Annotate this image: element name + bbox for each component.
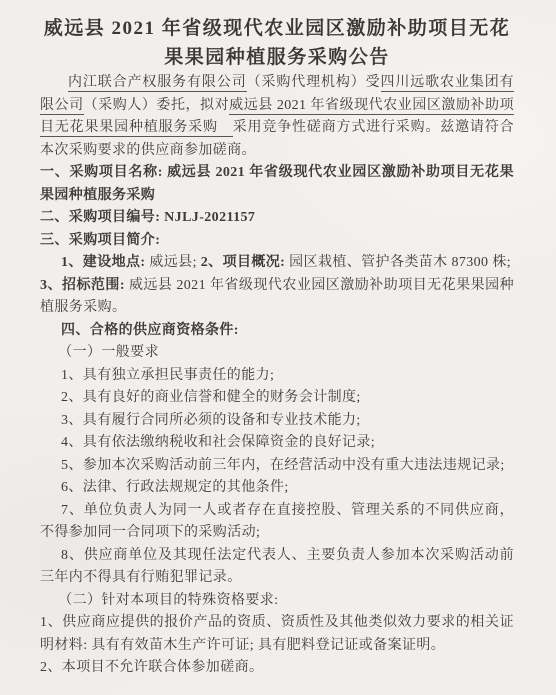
intro-paragraph: 内江联合产权服务有限公司（采购代理机构）受四川远歌农业集团有限公司（采购人）委托…: [40, 72, 514, 162]
general-requirement-item-6: 6、法律、行政法规规定的其他条件;: [40, 477, 514, 500]
title-line-1: 威远县 2021 年省级现代农业园区激励补助项目无花: [40, 14, 514, 43]
special-requirement-item-2: 2、本项目不允许联合体参加磋商。: [40, 657, 514, 680]
construction-site-value: 威远县;: [149, 255, 200, 270]
general-requirement-item-7: 7、单位负责人为同一人或者存在直接控股、管理关系的不同供应商，不得参加同一合同项…: [40, 500, 514, 545]
underline-gap: [218, 120, 233, 137]
section-3-overview-line: 1、建设地点: 威远县; 2、项目概况: 园区栽植、管护各类苗木 87300 株…: [40, 252, 514, 275]
general-requirement-item-1: 1、具有独立承担民事责任的能力;: [40, 365, 514, 388]
general-requirement-item-4: 4、具有依法缴纳税收和社会保障资金的良好记录;: [40, 432, 514, 455]
project-overview-value: 园区栽植、管护各类苗木 87300 株;: [289, 255, 511, 270]
section-3-heading: 三、采购项目简介:: [40, 230, 514, 253]
section-3-scope-line: 3、招标范围: 威远县 2021 年省级现代农业园区激励补助项目无花果果园种植服…: [40, 275, 514, 320]
entrust-text: （采购人）委托，拟对: [84, 98, 229, 113]
project-overview-label: 2、项目概况:: [201, 255, 289, 270]
bidding-scope-label: 3、招标范围:: [40, 278, 129, 293]
special-requirement-item-1: 1、供应商应提供的报价产品的资质、资质性及其他类似效力要求的相关证明材料: 具有…: [40, 612, 514, 657]
special-requirements-heading: （二）针对本项目的特殊资格要求:: [40, 590, 514, 613]
section-4-heading: 四、合格的供应商资格条件:: [40, 320, 514, 343]
document-title: 威远县 2021 年省级现代农业园区激励补助项目无花果果园种植服务采购公告: [40, 14, 514, 72]
section-2-project-number: 二、采购项目编号: NJLJ-2021157: [40, 207, 514, 230]
title-line-2: 果果园种植服务采购公告: [40, 43, 514, 72]
general-requirement-item-5: 5、参加本次采购活动前三年内，在经营活动中没有重大违法违规记录;: [40, 455, 514, 478]
general-requirement-item-2: 2、具有良好的商业信誉和健全的财务会计制度;: [40, 387, 514, 410]
general-requirements-heading: （一）一般要求: [40, 342, 514, 365]
general-requirement-item-8: 8、供应商单位及其现任法定代表人、主要负责人参加本次采购活动前三年内不得具有行贿…: [40, 545, 514, 590]
general-requirement-item-3: 3、具有履行合同所必须的设备和专业技术能力;: [40, 410, 514, 433]
section-1-project-name: 一、采购项目名称: 威远县 2021 年省级现代农业园区激励补助项目无花果果园种…: [40, 162, 514, 207]
procurement-agency-name: 内江联合产权服务有限公司: [68, 75, 247, 92]
agency-role-text: （采购代理机构）受: [247, 75, 381, 90]
document-page: 威远县 2021 年省级现代农业园区激励补助项目无花果果园种植服务采购公告 内江…: [0, 0, 556, 695]
construction-site-label: 1、建设地点:: [61, 255, 149, 270]
